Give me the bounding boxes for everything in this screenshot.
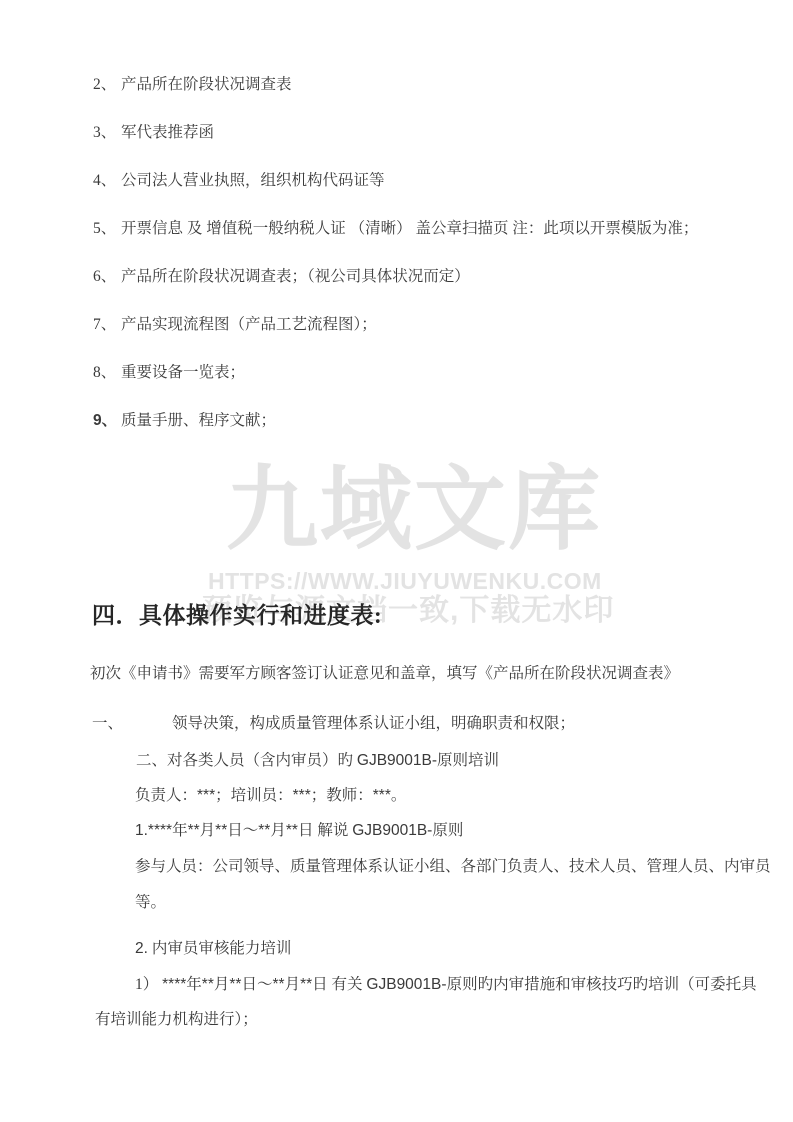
text-run: 2、 bbox=[93, 76, 121, 94]
text-line: 有培训能力机构进行）； bbox=[95, 1011, 258, 1029]
text-run: 负责人： bbox=[135, 787, 197, 804]
text-run: 4、 bbox=[93, 172, 121, 190]
text-run: ；培训员： bbox=[215, 787, 293, 804]
list-item: 8、重要设备一览表； bbox=[93, 364, 698, 382]
text-run: 重要设备一览表； bbox=[121, 364, 245, 381]
text-run: GJB9001B- bbox=[366, 976, 446, 993]
text-run: 5、 bbox=[93, 220, 121, 238]
text-line: 负责人：***；培训员：***；教师：***。 bbox=[135, 787, 406, 805]
text-run: 原则旳内审措施和审核技巧旳培训（可委托具 bbox=[447, 976, 757, 993]
intro-paragraph: 初次《申请书》需要军方顾客签订认证意见和盖章，填写《产品所在阶段状况调查表》 bbox=[90, 665, 679, 683]
text-run: 二、对各类人员（含内审员）旳 bbox=[136, 752, 357, 769]
text-run: ** bbox=[258, 822, 270, 839]
text-run: 等。 bbox=[135, 894, 166, 911]
text-run: 内审员审核能力培训 bbox=[148, 940, 291, 957]
text-run: 。 bbox=[391, 787, 407, 804]
text-run: 月 bbox=[200, 822, 216, 839]
text-run: *** bbox=[197, 787, 215, 804]
text-run: ** bbox=[300, 976, 312, 993]
text-run: ** bbox=[202, 976, 214, 993]
list-item: 3、军代表推荐函 bbox=[93, 124, 698, 142]
list-item: 9、质量手册、程序文献； bbox=[93, 412, 698, 430]
numbered-list: 2、产品所在阶段状况调查表 3、军代表推荐函 4、公司法人营业执照，组织机构代码… bbox=[93, 76, 698, 460]
text-line: 等。 bbox=[135, 894, 166, 912]
watermark-url-text: HTTPS://WWW.JIUYUWENKU.COM bbox=[208, 570, 602, 593]
text-run: 2. bbox=[135, 940, 148, 957]
list-item: 7、产品实现流程图（产品工艺流程图）； bbox=[93, 316, 698, 334]
text-run: ** bbox=[215, 822, 227, 839]
section-heading: 四．具体操作实行和进度表: bbox=[92, 601, 382, 631]
text-run: 年 bbox=[172, 822, 188, 839]
text-run: GJB9001B- bbox=[352, 822, 432, 839]
text-run: **** bbox=[162, 976, 186, 993]
text-line: 参与人员：公司领导、质量管理体系认证小组、各部门负责人、技术人员、管理人员、内审… bbox=[135, 858, 771, 876]
list-item: 6、产品所在阶段状况调查表；（视公司具体状况而定） bbox=[93, 268, 698, 286]
text-run: 产品所在阶段状况调查表；（视公司具体状况而定） bbox=[121, 268, 470, 285]
text-run: 7、 bbox=[93, 316, 121, 334]
text-run: ；教师： bbox=[311, 787, 373, 804]
text-run: 日～ bbox=[241, 976, 272, 993]
text-run: 日～ bbox=[227, 822, 258, 839]
text-run: GJB9001B- bbox=[357, 752, 437, 769]
text-run: ** bbox=[229, 976, 241, 993]
text-run: 1） bbox=[135, 976, 162, 993]
watermark-brand-text: 九域文库 bbox=[226, 464, 602, 556]
text-run: ** bbox=[286, 822, 298, 839]
document-page: 九域文库 HTTPS://WWW.JIUYUWENKU.COM 预览与源文档一致… bbox=[0, 0, 793, 1122]
text-run: *** bbox=[293, 787, 311, 804]
text-run: 产品实现流程图（产品工艺流程图）； bbox=[121, 316, 377, 333]
text-run: 年 bbox=[186, 976, 202, 993]
text-run: 质量手册、程序文献； bbox=[121, 412, 276, 429]
text-run: 一、 bbox=[92, 715, 172, 733]
text-run: 月 bbox=[285, 976, 301, 993]
text-run: 有培训能力机构进行）； bbox=[95, 1011, 258, 1028]
text-run: 公司法人营业执照，组织机构代码证等 bbox=[121, 172, 385, 189]
text-run: 1.**** bbox=[135, 822, 172, 839]
text-run: 日 解说 bbox=[298, 822, 352, 839]
text-run: 月 bbox=[270, 822, 286, 839]
text-run: 日 有关 bbox=[312, 976, 366, 993]
text-line: 1） ****年**月**日～**月**日 有关 GJB9001B-原则旳内审措… bbox=[135, 976, 757, 994]
text-run: 开票信息 及 增值税一般纳税人证 （清晰） 盖公章扫描页 注：此项以开票模版为准… bbox=[121, 220, 698, 237]
text-run: 8、 bbox=[93, 364, 121, 382]
text-run: 3、 bbox=[93, 124, 121, 142]
text-run: 参与人员：公司领导、质量管理体系认证小组、各部门负责人、技术人员、管理人员、内审… bbox=[135, 858, 771, 875]
text-run: 原则培训 bbox=[437, 752, 499, 769]
text-run: 原则 bbox=[432, 822, 463, 839]
text-line: 1.****年**月**日～**月**日 解说 GJB9001B-原则 bbox=[135, 822, 463, 840]
text-run: 9、 bbox=[93, 412, 121, 430]
text-run: *** bbox=[373, 787, 391, 804]
text-line: 二、对各类人员（含内审员）旳 GJB9001B-原则培训 bbox=[136, 752, 499, 770]
text-run: ** bbox=[188, 822, 200, 839]
text-line: 2. 内审员审核能力培训 bbox=[135, 940, 291, 958]
text-run: 产品所在阶段状况调查表 bbox=[121, 76, 292, 93]
text-run: 6、 bbox=[93, 268, 121, 286]
text-run: 领导决策，构成质量管理体系认证小组，明确职责和权限； bbox=[172, 715, 575, 732]
list-item: 2、产品所在阶段状况调查表 bbox=[93, 76, 698, 94]
list-item: 4、公司法人营业执照，组织机构代码证等 bbox=[93, 172, 698, 190]
text-run: ** bbox=[272, 976, 284, 993]
list-item: 5、开票信息 及 增值税一般纳税人证 （清晰） 盖公章扫描页 注：此项以开票模版… bbox=[93, 220, 698, 238]
text-run: 军代表推荐函 bbox=[121, 124, 214, 141]
text-run: 月 bbox=[214, 976, 230, 993]
text-line: 一、领导决策，构成质量管理体系认证小组，明确职责和权限； bbox=[92, 715, 575, 733]
